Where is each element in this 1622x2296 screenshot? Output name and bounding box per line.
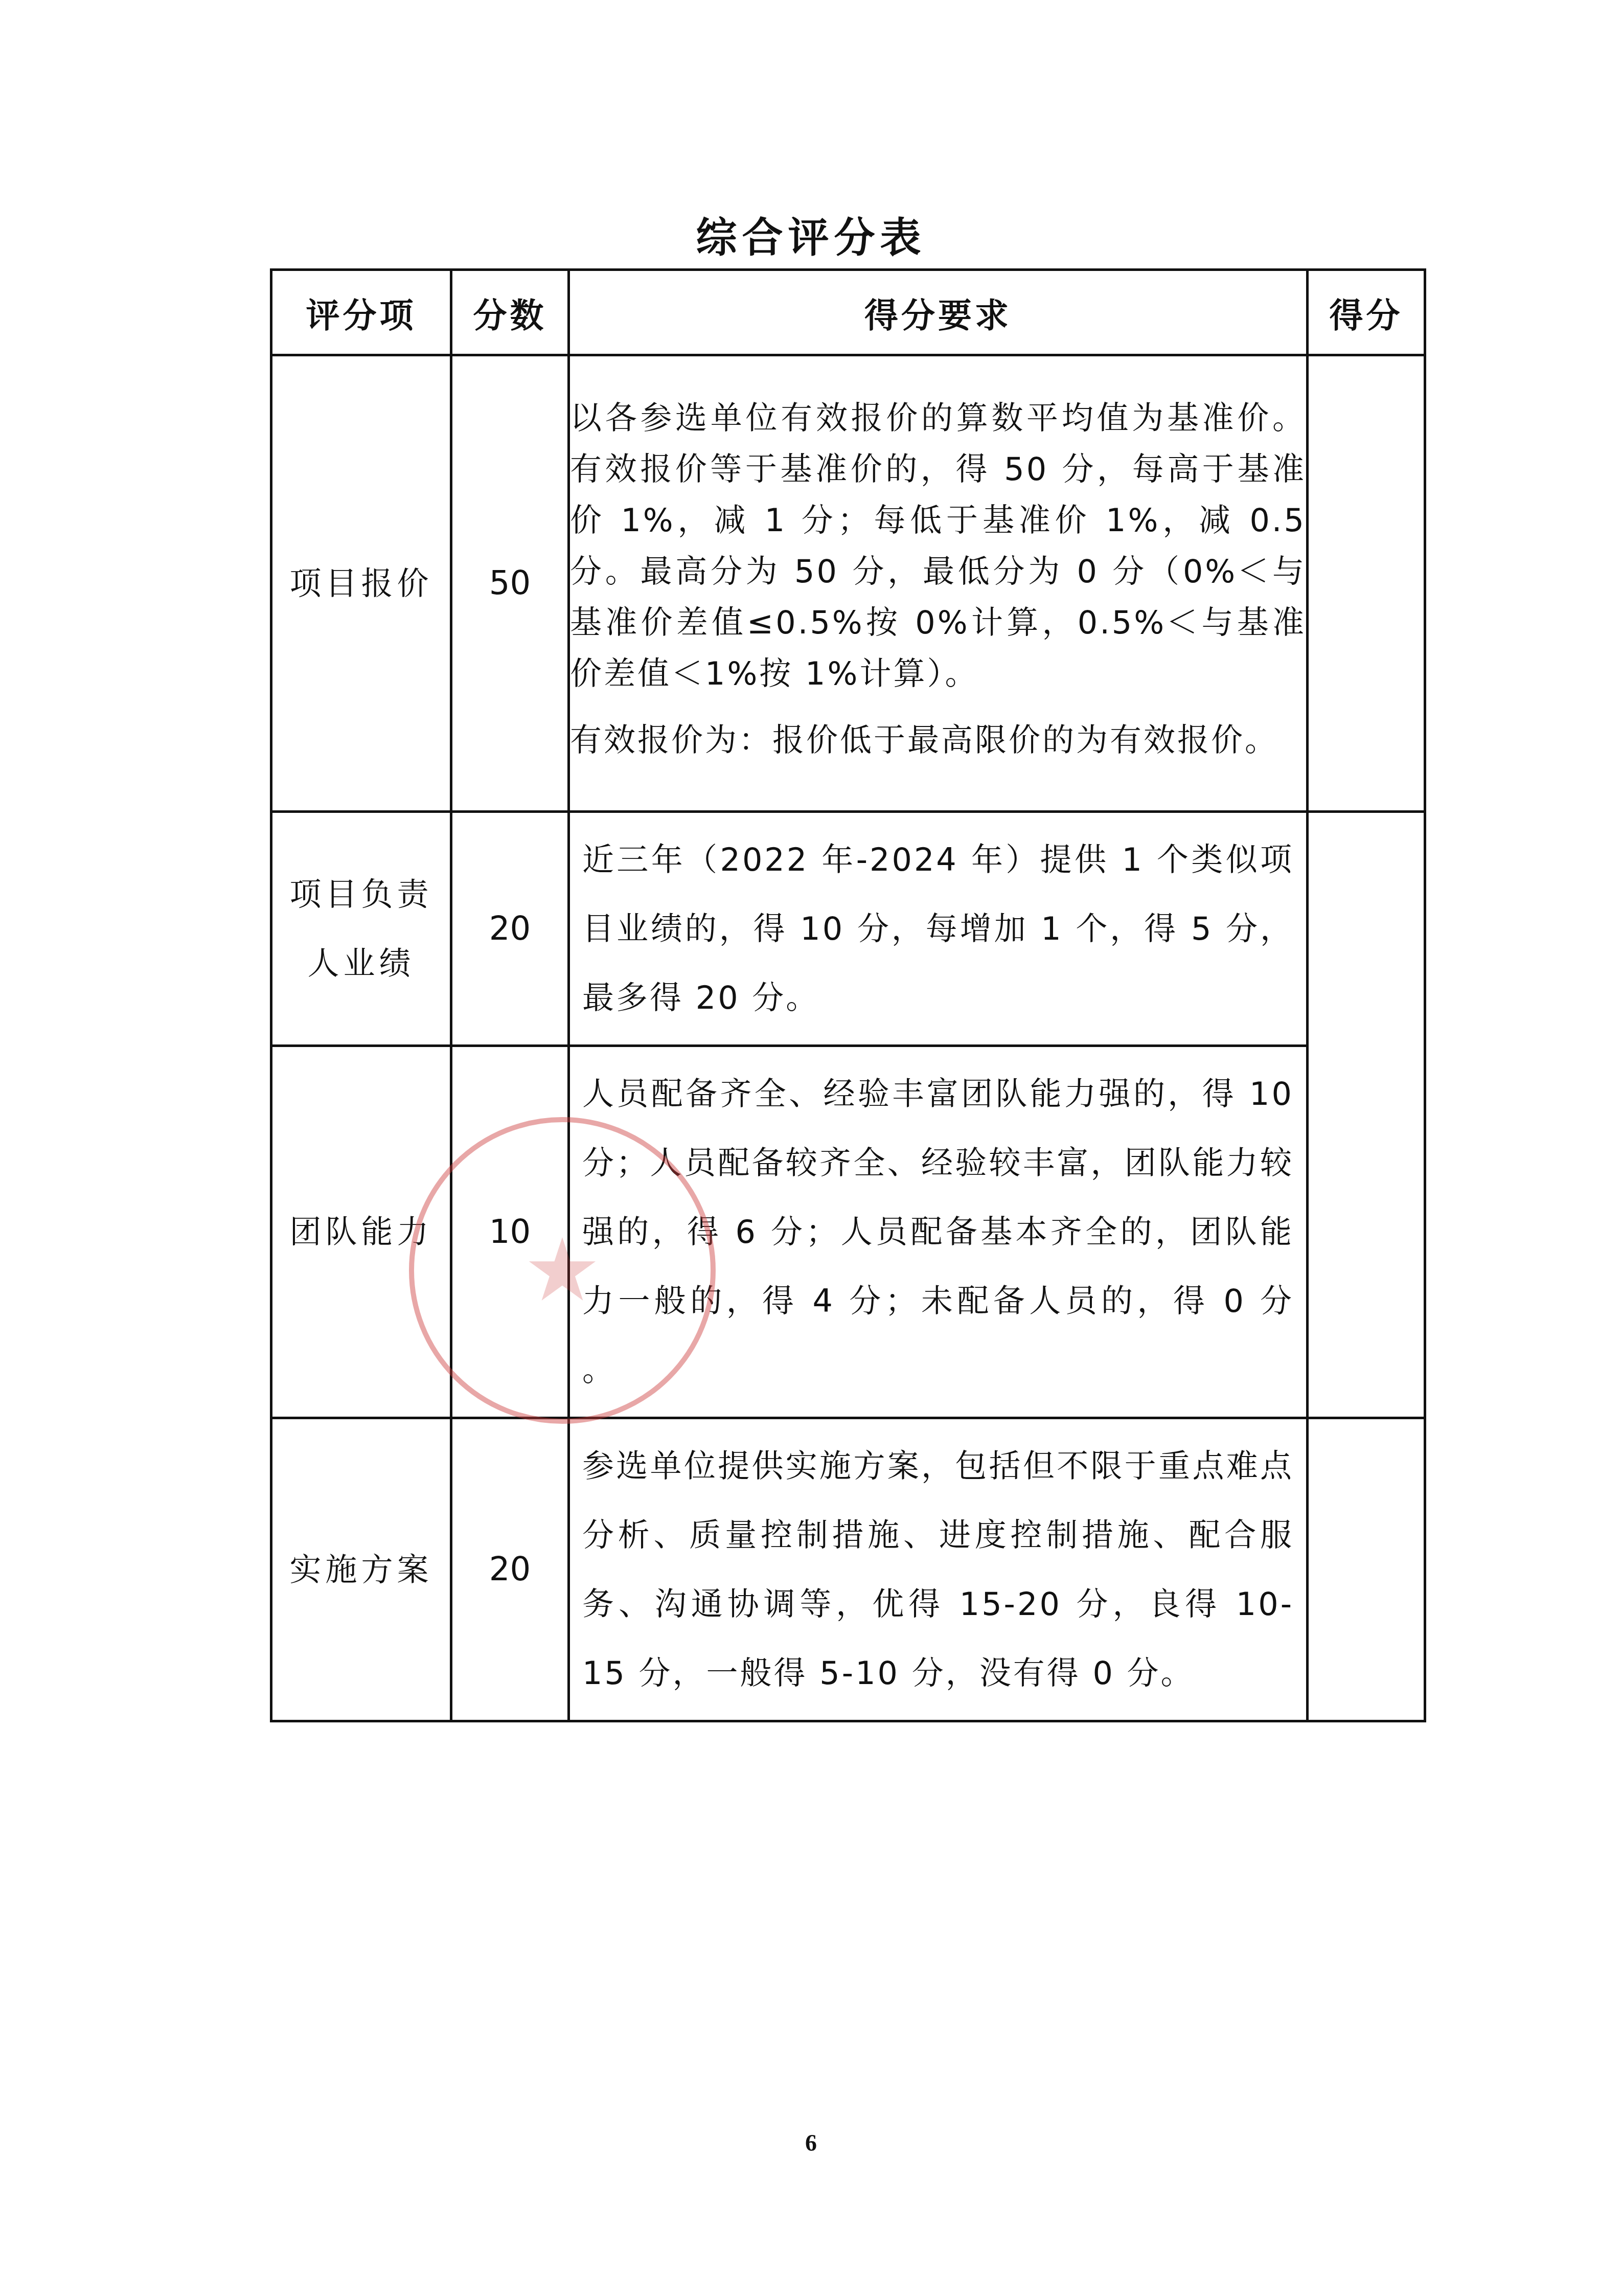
header-item: 评分项 (271, 270, 451, 355)
page-title: 综合评分表 (0, 204, 1622, 263)
table-row: 实施方案 20 参选单位提供实施方案，包括但不限于重点难点分析、质量控制措施、进… (271, 1418, 1425, 1721)
requirement-text: 有效报价为：报价低于最高限价的为有效报价。 (570, 706, 1306, 775)
table-row: 项目负责人业绩 20 近三年（2022 年-2024 年）提供 1 个类似项目业… (271, 812, 1425, 1046)
item-cell: 项目负责人业绩 (271, 812, 451, 1046)
header-score: 得分 (1308, 270, 1425, 355)
score-input-cell[interactable] (1308, 812, 1425, 1418)
requirement-text: 参选单位提供实施方案，包括但不限于重点难点分析、质量控制措施、进度控制措施、配合… (582, 1431, 1294, 1708)
requirement-text: 近三年（2022 年-2024 年）提供 1 个类似项目业绩的，得 10 分，每… (582, 825, 1294, 1032)
requirement-text: 人员配备齐全、经验丰富团队能力强的，得 10 分；人员配备较齐全、经验较丰富，团… (582, 1059, 1294, 1404)
scoring-table: 评分项 分数 得分要求 得分 项目报价 50 以各参选单位有效报价的算数平均值为… (270, 268, 1426, 1722)
header-requirements: 得分要求 (569, 270, 1308, 355)
item-cell: 实施方案 (271, 1418, 451, 1721)
page-number: 6 (0, 2129, 1622, 2156)
score-input-cell[interactable] (1308, 355, 1425, 812)
table-header-row: 评分项 分数 得分要求 得分 (271, 270, 1425, 355)
requirements-cell: 人员配备齐全、经验丰富团队能力强的，得 10 分；人员配备较齐全、经验较丰富，团… (569, 1046, 1308, 1418)
item-cell: 项目报价 (271, 355, 451, 812)
item-cell: 团队能力 (271, 1046, 451, 1418)
score-input-cell[interactable] (1308, 1418, 1425, 1721)
requirements-cell: 参选单位提供实施方案，包括但不限于重点难点分析、质量控制措施、进度控制措施、配合… (569, 1418, 1308, 1721)
table-row: 项目报价 50 以各参选单位有效报价的算数平均值为基准价。有效报价等于基准价的，… (271, 355, 1425, 812)
points-cell: 20 (451, 812, 569, 1046)
requirements-cell: 以各参选单位有效报价的算数平均值为基准价。有效报价等于基准价的，得 50 分，每… (569, 355, 1308, 812)
points-cell: 20 (451, 1418, 569, 1721)
table-row: 团队能力 10 人员配备齐全、经验丰富团队能力强的，得 10 分；人员配备较齐全… (271, 1046, 1425, 1418)
header-points: 分数 (451, 270, 569, 355)
requirements-cell: 近三年（2022 年-2024 年）提供 1 个类似项目业绩的，得 10 分，每… (569, 812, 1308, 1046)
points-cell: 50 (451, 355, 569, 812)
requirement-text: 以各参选单位有效报价的算数平均值为基准价。有效报价等于基准价的，得 50 分，每… (570, 393, 1306, 699)
points-cell: 10 (451, 1046, 569, 1418)
